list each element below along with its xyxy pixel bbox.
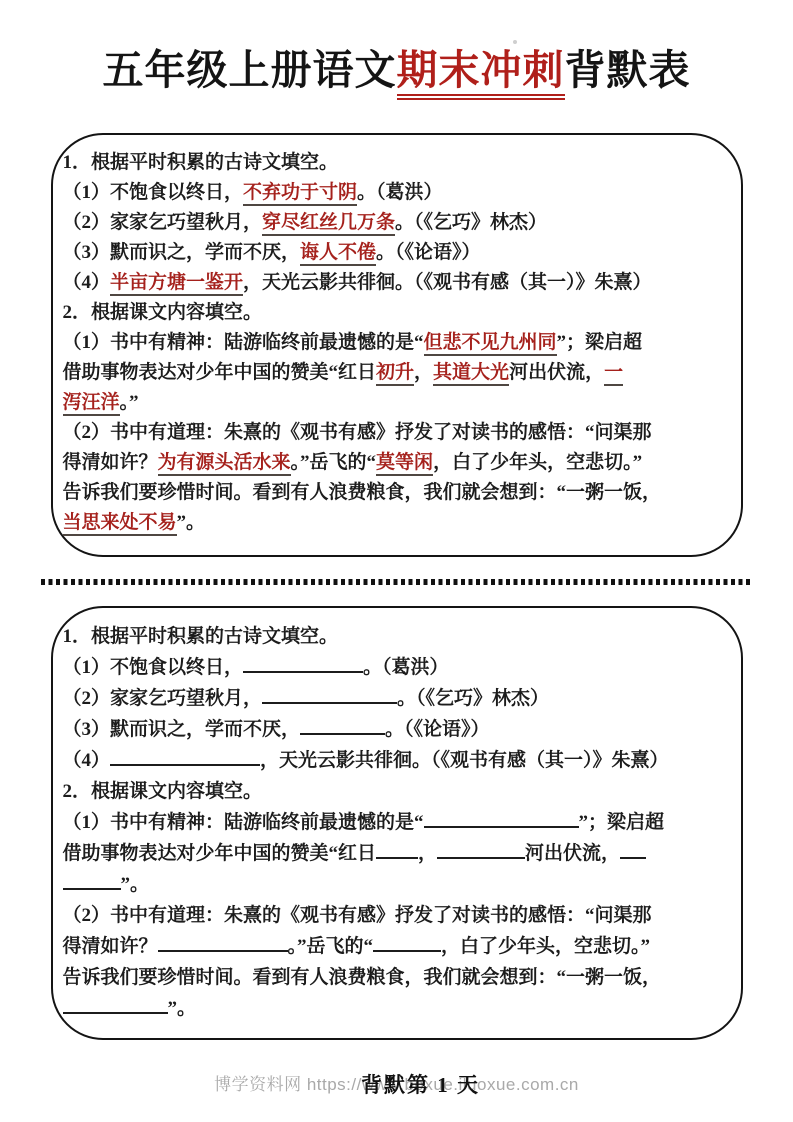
text-segment: 得清如许？ (63, 936, 158, 957)
blank-underline (373, 936, 441, 952)
text-segment: 。” (120, 392, 139, 413)
answer-text: 半亩方塘一鉴开 (110, 272, 243, 296)
text-segment: ”。 (121, 874, 150, 895)
text-segment: ”；梁启超 (557, 332, 643, 353)
text-segment: （4） (63, 272, 111, 293)
blank-underline (300, 719, 385, 735)
answer-text: 但悲不见九州同 (424, 332, 557, 356)
text-line: ”。 (63, 993, 729, 1024)
text-segment: （1）不饱食以终日， (63, 657, 244, 678)
text-line: （1）不饱食以终日，。（葛洪） (63, 652, 729, 683)
text-line: 借助事物表达对少年中国的赞美“红日，河出伏流， (63, 838, 729, 869)
text-segment: （2）家家乞巧望秋月， (63, 688, 263, 709)
title-suffix: 背默表 (565, 47, 691, 93)
text-line: （2）家家乞巧望秋月，。（《乞巧》林杰） (63, 683, 729, 714)
text-segment: 2．根据课文内容填空。 (63, 302, 263, 323)
text-segment: 借助事物表达对少年中国的赞美“红日 (63, 843, 377, 864)
answer-text: 为有源头活水来 (158, 452, 291, 476)
answer-text: 莫等闲 (376, 452, 433, 476)
dotted-cut-separator (41, 579, 753, 585)
text-segment: ”。 (168, 998, 197, 1019)
text-segment: 。”岳飞的“ (288, 936, 374, 957)
answer-text: 其道大光 (433, 362, 509, 386)
text-segment: 。（《乞巧》林杰） (397, 688, 549, 709)
title-highlight: 期末冲刺 (397, 47, 565, 100)
blank-underline (437, 843, 525, 859)
text-line: 告诉我们要珍惜时间。看到有人浪费粮食，我们就会想到：“一粥一饭， (63, 478, 729, 508)
blank-underline (110, 750, 260, 766)
text-line: 2．根据课文内容填空。 (63, 298, 729, 328)
text-segment: 1．根据平时积累的古诗文填空。 (63, 626, 339, 647)
blank-underline (158, 936, 288, 952)
text-segment: ， (414, 362, 433, 383)
text-line: （1）不饱食以终日，不弃功于寸阴。（葛洪） (63, 178, 729, 208)
text-segment: （1）书中有精神：陆游临终前最遗憾的是“ (63, 812, 424, 833)
text-line: （3）默而识之，学而不厌，。（《论语》） (63, 714, 729, 745)
page-footer: 博学资料网 https://www.boxue.iluoxue.com.cn 背… (0, 1070, 793, 1100)
text-segment: 1．根据平时积累的古诗文填空。 (63, 152, 339, 173)
text-segment: 告诉我们要珍惜时间。看到有人浪费粮食，我们就会想到：“一粥一饭， (63, 967, 662, 988)
text-line: 告诉我们要珍惜时间。看到有人浪费粮食，我们就会想到：“一粥一饭， (63, 962, 729, 993)
text-segment: （4） (63, 750, 111, 771)
blank-underline (424, 812, 579, 828)
answered-section-box: 1．根据平时积累的古诗文填空。（1）不饱食以终日，不弃功于寸阴。（葛洪）（2）家… (51, 133, 743, 557)
text-segment: 借助事物表达对少年中国的赞美“红日 (63, 362, 377, 383)
blank-underline (243, 657, 363, 673)
text-line: 2．根据课文内容填空。 (63, 776, 729, 807)
text-line: （1）书中有精神：陆游临终前最遗憾的是“但悲不见九州同”；梁启超 (63, 328, 729, 358)
text-line: 得清如许？。”岳飞的“，白了少年头，空悲切。” (63, 931, 729, 962)
text-segment: 2．根据课文内容填空。 (63, 781, 263, 802)
text-segment: 河出伏流， (525, 843, 620, 864)
blank-underline (63, 874, 121, 890)
text-line: （2）家家乞巧望秋月，穿尽红丝几万条。（《乞巧》林杰） (63, 208, 729, 238)
text-segment: 。（《乞巧》林杰） (395, 212, 547, 233)
text-segment: ，白了少年头，空悲切。” (433, 452, 642, 473)
text-segment: （3）默而识之，学而不厌， (63, 719, 301, 740)
answer-text: 初升 (376, 362, 414, 386)
text-line: 泻汪洋。” (63, 388, 729, 418)
scan-artifact-dot (513, 40, 517, 44)
text-line: （4）半亩方塘一鉴开，天光云影共徘徊。（《观书有感（其一）》朱熹） (63, 268, 729, 298)
text-segment: 。（葛洪） (363, 657, 449, 678)
text-segment: 。（《论语》） (376, 242, 481, 263)
text-line: （3）默而识之，学而不厌，诲人不倦。（《论语》） (63, 238, 729, 268)
answer-text: 一 (604, 362, 623, 386)
text-line: 得清如许？为有源头活水来。”岳飞的“莫等闲，白了少年头，空悲切。” (63, 448, 729, 478)
answer-text: 不弃功于寸阴 (243, 182, 357, 206)
text-segment: （1）不饱食以终日， (63, 182, 244, 203)
answer-text: 泻汪洋 (63, 392, 120, 416)
page-title: 五年级上册语文期末冲刺背默表 (0, 44, 793, 96)
text-line: （4），天光云影共徘徊。（《观书有感（其一）》朱熹） (63, 745, 729, 776)
text-segment: ，天光云影共徘徊。（《观书有感（其一）》朱熹） (260, 750, 669, 771)
text-segment: （2）书中有道理：朱熹的《观书有感》抒发了对读书的感悟：“问渠那 (63, 422, 652, 443)
text-segment: ，天光云影共徘徊。（《观书有感（其一）》朱熹） (243, 272, 652, 293)
text-line: （2）书中有道理：朱熹的《观书有感》抒发了对读书的感悟：“问渠那 (63, 418, 729, 448)
blank-underline (376, 843, 418, 859)
text-line: 1．根据平时积累的古诗文填空。 (63, 621, 729, 652)
blank-underline (620, 843, 646, 859)
worksheet-page: 五年级上册语文期末冲刺背默表 1．根据平时积累的古诗文填空。（1）不饱食以终日，… (0, 0, 793, 1122)
text-segment: 河出伏流， (509, 362, 604, 383)
text-segment: （2）家家乞巧望秋月， (63, 212, 263, 233)
blank-underline (262, 688, 397, 704)
text-segment: 。（《论语》） (385, 719, 490, 740)
day-label: 背默第 1 天 (361, 1069, 480, 1099)
text-line: 1．根据平时积累的古诗文填空。 (63, 148, 729, 178)
text-segment: 告诉我们要珍惜时间。看到有人浪费粮食，我们就会想到：“一粥一饭， (63, 482, 662, 503)
answer-text: 诲人不倦 (300, 242, 376, 266)
text-segment: （2）书中有道理：朱熹的《观书有感》抒发了对读书的感悟：“问渠那 (63, 905, 652, 926)
blank-underline (63, 998, 168, 1014)
text-line: （1）书中有精神：陆游临终前最遗憾的是“”；梁启超 (63, 807, 729, 838)
text-line: 借助事物表达对少年中国的赞美“红日初升，其道大光河出伏流，一 (63, 358, 729, 388)
text-segment: 。（葛洪） (357, 182, 443, 203)
text-segment: 。”岳飞的“ (291, 452, 377, 473)
text-line: ”。 (63, 869, 729, 900)
text-segment: （3）默而识之，学而不厌， (63, 242, 301, 263)
text-segment: 得清如许？ (63, 452, 158, 473)
answer-text: 穿尽红丝几万条 (262, 212, 395, 236)
text-segment: ”；梁启超 (579, 812, 665, 833)
text-line: （2）书中有道理：朱熹的《观书有感》抒发了对读书的感悟：“问渠那 (63, 900, 729, 931)
text-segment: （1）书中有精神：陆游临终前最遗憾的是“ (63, 332, 424, 353)
practice-section-box: 1．根据平时积累的古诗文填空。（1）不饱食以终日，。（葛洪）（2）家家乞巧望秋月… (51, 606, 743, 1040)
title-prefix: 五年级上册语文 (103, 47, 397, 93)
text-segment: ”。 (177, 512, 206, 533)
text-line: 当思来处不易”。 (63, 508, 729, 538)
text-segment: ， (418, 843, 437, 864)
text-segment: ，白了少年头，空悲切。” (441, 936, 650, 957)
answer-text: 当思来处不易 (63, 512, 177, 536)
